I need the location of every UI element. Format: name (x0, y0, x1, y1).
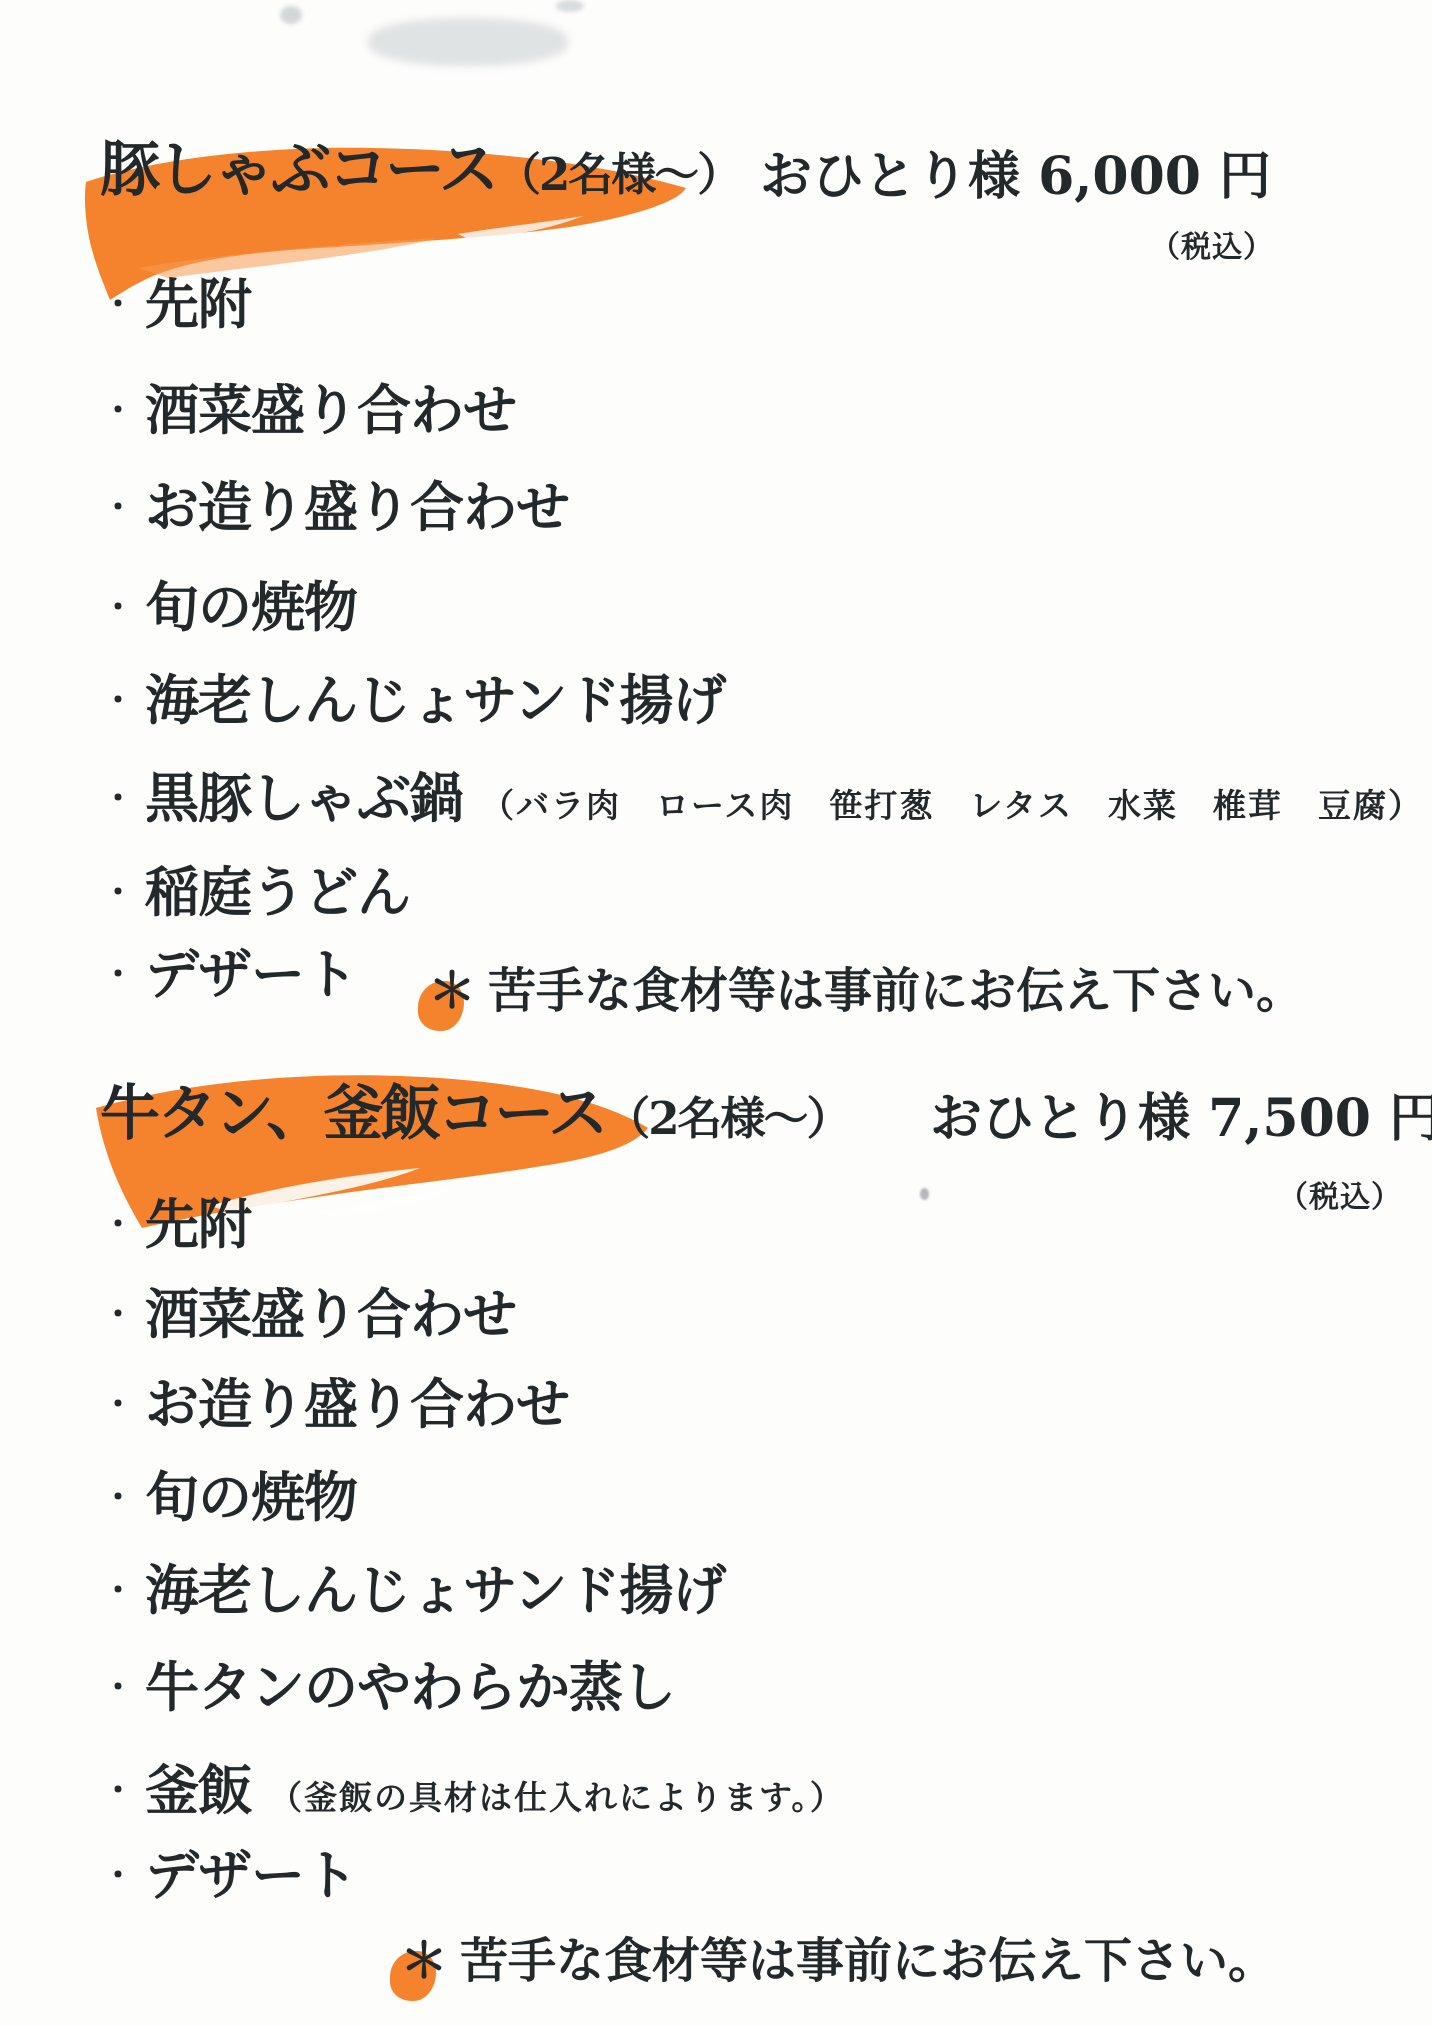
course2-tax-note: （税込） (1278, 1172, 1402, 1216)
item-bullet: ・ (102, 1662, 133, 1708)
item-name: 海老しんじょサンド揚げ (145, 1548, 725, 1625)
course1-allergy-note: ＊苦手な食材等は事前にお伝え下さい。 (428, 952, 1304, 1021)
item-name: 旬の焼物 (145, 1455, 357, 1532)
menu-page: 豚しゃぶコース（2名様〜） おひとり様 6,000 円 （税込） ・ 先附 ・ … (0, 0, 1432, 2026)
item-bullet: ・ (102, 675, 133, 721)
course1-tax-note: （税込） (1150, 222, 1274, 266)
course2-item-yakimono: ・ 旬の焼物 (102, 1455, 357, 1532)
course2-price: おひとり様 7,500 円 (930, 1076, 1432, 1151)
item-name: 海老しんじょサンド揚げ (145, 658, 725, 735)
item-name: 稲庭うどん (145, 850, 410, 927)
item-bullet: ・ (102, 482, 133, 528)
course1-item-shabunabe: ・ 黒豚しゃぶ鍋 （バラ肉 ロース肉 笹打葱 レタス 水菜 椎茸 豆腐） (102, 756, 1423, 833)
course2-item-otsukuri: ・ お造り盛り合わせ (102, 1362, 569, 1439)
scan-smudge (280, 6, 302, 24)
course1-item-dessert: ・ デザート (102, 932, 357, 1009)
item-bullet: ・ (102, 1289, 133, 1335)
course2-title: 牛タン、釜飯コース (100, 1079, 605, 1149)
item-bullet: ・ (102, 385, 133, 431)
item-name: 黒豚しゃぶ鍋 (145, 756, 463, 833)
item-bullet: ・ (102, 582, 133, 628)
item-name: 旬の焼物 (145, 565, 357, 642)
scan-smudge (920, 1188, 929, 1200)
item-name: 牛タンのやわらか蒸し (145, 1645, 675, 1722)
course2-item-gyutan: ・ 牛タンのやわらか蒸し (102, 1645, 675, 1722)
course1-item-shusai: ・ 酒菜盛り合わせ (102, 368, 516, 445)
item-bullet: ・ (102, 949, 133, 995)
item-bullet: ・ (102, 279, 133, 325)
course1-item-sakizuke: ・ 先附 (102, 262, 251, 339)
course2-item-shusai: ・ 酒菜盛り合わせ (102, 1272, 516, 1349)
course1-price: おひとり様 6,000 円 (760, 134, 1271, 209)
asterisk-highlight-icon: ＊ (400, 1922, 448, 1991)
item-name: デザート (145, 932, 357, 1009)
scan-smudge (368, 18, 568, 66)
course2-item-ebishinjo: ・ 海老しんじょサンド揚げ (102, 1548, 725, 1625)
course2-allergy-note: ＊苦手な食材等は事前にお伝え下さい。 (400, 1922, 1276, 1991)
item-name: デザート (145, 1833, 357, 1910)
item-bullet: ・ (102, 773, 133, 819)
item-name: 先附 (145, 262, 251, 339)
course2-item-kamameshi: ・ 釜飯 （釜飯の具材は仕入れによります。） (102, 1748, 845, 1825)
asterisk-highlight-icon: ＊ (428, 952, 476, 1021)
item-ingredients: （釜飯の具材は仕入れによります。） (269, 1772, 845, 1819)
item-name: 酒菜盛り合わせ (145, 1272, 516, 1349)
course1-title: 豚しゃぶコース (100, 135, 496, 205)
item-bullet: ・ (102, 1565, 133, 1611)
course1-item-inaniwa: ・ 稲庭うどん (102, 850, 410, 927)
course2-item-dessert: ・ デザート (102, 1833, 357, 1910)
item-bullet: ・ (102, 1472, 133, 1518)
course1-item-otsukuri: ・ お造り盛り合わせ (102, 465, 569, 542)
course1-item-yakimono: ・ 旬の焼物 (102, 565, 357, 642)
item-bullet: ・ (102, 867, 133, 913)
item-bullet: ・ (102, 1379, 133, 1425)
item-name: 先附 (145, 1182, 251, 1259)
course2-header: 牛タン、釜飯コース（2名様〜） (100, 1066, 850, 1152)
course1-item-ebishinjo: ・ 海老しんじょサンド揚げ (102, 658, 725, 735)
course1-party-size: （2名様〜） (496, 148, 740, 201)
item-name: 酒菜盛り合わせ (145, 368, 516, 445)
course2-party-size: （2名様〜） (605, 1092, 849, 1145)
item-name: お造り盛り合わせ (145, 1362, 569, 1439)
item-bullet: ・ (102, 1850, 133, 1896)
item-name: お造り盛り合わせ (145, 465, 569, 542)
item-name: 釜飯 (145, 1748, 251, 1825)
course2-item-sakizuke: ・ 先附 (102, 1182, 251, 1259)
item-bullet: ・ (102, 1765, 133, 1811)
item-ingredients: （バラ肉 ロース肉 笹打葱 レタス 水菜 椎茸 豆腐） (481, 780, 1423, 827)
item-bullet: ・ (102, 1199, 133, 1245)
scan-smudge (556, 0, 584, 12)
note-text: 苦手な食材等は事前にお伝え下さい。 (460, 1933, 1276, 1989)
note-text: 苦手な食材等は事前にお伝え下さい。 (488, 963, 1304, 1019)
course1-header: 豚しゃぶコース（2名様〜） (100, 122, 740, 208)
